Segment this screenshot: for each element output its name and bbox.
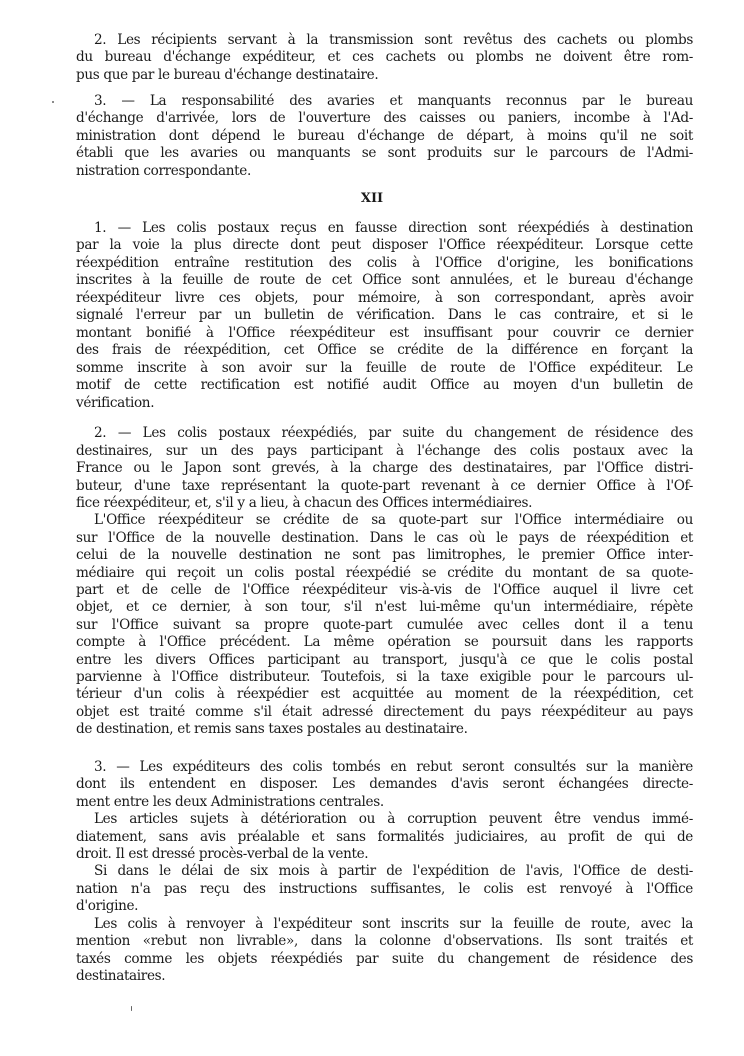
text-line: dont ils entendent en disposer. Les dema… xyxy=(76,776,693,793)
section-heading: XII xyxy=(0,190,744,207)
text-line: buteur, d'une taxe représentant la quote… xyxy=(76,478,693,495)
document-page: 2. Les récipients servant à la transmiss… xyxy=(0,0,744,1056)
text-line: destinaires, sur un des pays participant… xyxy=(76,443,693,460)
text-line: 3. — La responsabilité des avaries et ma… xyxy=(94,93,693,110)
text-line: somme inscrite à son avoir sur la feuill… xyxy=(76,360,693,377)
text-line: nation n'a pas reçu des instructions suf… xyxy=(76,881,693,898)
text-line: médiaire qui reçoit un colis postal réex… xyxy=(76,565,693,582)
text-line: diatement, sans avis préalable et sans f… xyxy=(76,829,693,846)
text-line: France ou le Japon sont grevés, à la cha… xyxy=(76,460,693,477)
text-line: Si dans le délai de six mois à partir de… xyxy=(94,863,693,880)
text-line: objet, et ce dernier, à son tour, s'il n… xyxy=(76,599,693,616)
text-line: Les colis à renvoyer à l'expéditeur sont… xyxy=(94,916,693,933)
text-line: par la voie la plus directe dont peut di… xyxy=(76,237,693,254)
text-line: ment entre les deux Administrations cent… xyxy=(76,794,693,811)
text-line: mention «rebut non livrable», dans la co… xyxy=(76,933,693,950)
text-line: objet est traité comme s'il était adress… xyxy=(76,704,693,721)
text-line: compte à l'Office précédent. La même opé… xyxy=(76,634,693,651)
text-line: térieur d'un colis à réexpédier est acqu… xyxy=(76,686,693,703)
text-line: réexpéditeur livre ces objets, pour mémo… xyxy=(76,290,693,307)
text-line: destinataires. xyxy=(76,968,693,985)
text-line: sur l'Office de la nouvelle destination.… xyxy=(76,530,693,547)
text-line: Les articles sujets à détérioration ou à… xyxy=(94,811,693,828)
scan-speck xyxy=(131,1006,132,1011)
text-line: taxés comme les objets réexpédiés par su… xyxy=(76,951,693,968)
text-line: 2. Les récipients servant à la transmiss… xyxy=(94,32,693,49)
text-line: sur l'Office suivant sa propre quote-par… xyxy=(76,617,693,634)
text-line: inscrites à la feuille de route de cet O… xyxy=(76,272,693,289)
text-line: du bureau d'échange expéditeur, et ces c… xyxy=(76,49,693,66)
text-line: celui de la nouvelle destination ne sont… xyxy=(76,547,693,564)
text-line: nistration correspondante. xyxy=(76,163,693,180)
text-line: d'échange d'arrivée, lors de l'ouverture… xyxy=(76,110,693,127)
text-line: de destination, et remis sans taxes post… xyxy=(76,721,693,738)
text-line: montant bonifié à l'Office réexpéditeur … xyxy=(76,325,693,342)
text-line: vérification. xyxy=(76,395,693,412)
text-line: 1. — Les colis postaux reçus en fausse d… xyxy=(94,220,693,237)
text-line: droit. Il est dressé procès-verbal de la… xyxy=(76,846,693,863)
text-line: parvienne à l'Office distributeur. Toute… xyxy=(76,669,693,686)
text-line: motif de cette rectification est notifié… xyxy=(76,377,693,394)
text-line: pus que par le bureau d'échange destinat… xyxy=(76,67,693,84)
text-line: 3. — Les expéditeurs des colis tombés en… xyxy=(94,759,693,776)
text-line: des frais de réexpédition, cet Office se… xyxy=(76,342,693,359)
text-line: réexpédition entraîne restitution des co… xyxy=(76,255,693,272)
text-line: d'origine. xyxy=(76,898,693,915)
text-line: fice réexpéditeur, et, s'il y a lieu, à … xyxy=(76,495,693,512)
text-line: ministration dont dépend le bureau d'éch… xyxy=(76,128,693,145)
scan-speck xyxy=(52,101,54,103)
text-line: 2. — Les colis postaux réexpédiés, par s… xyxy=(94,425,693,442)
text-line: établi que les avaries ou manquants se s… xyxy=(76,145,693,162)
text-line: signalé l'erreur par un bulletin de véri… xyxy=(76,307,693,324)
text-line: part et de celle de l'Office réexpéditeu… xyxy=(76,582,693,599)
text-line: L'Office réexpéditeur se crédite de sa q… xyxy=(94,512,693,529)
text-line: entre les divers Offices participant au … xyxy=(76,652,693,669)
